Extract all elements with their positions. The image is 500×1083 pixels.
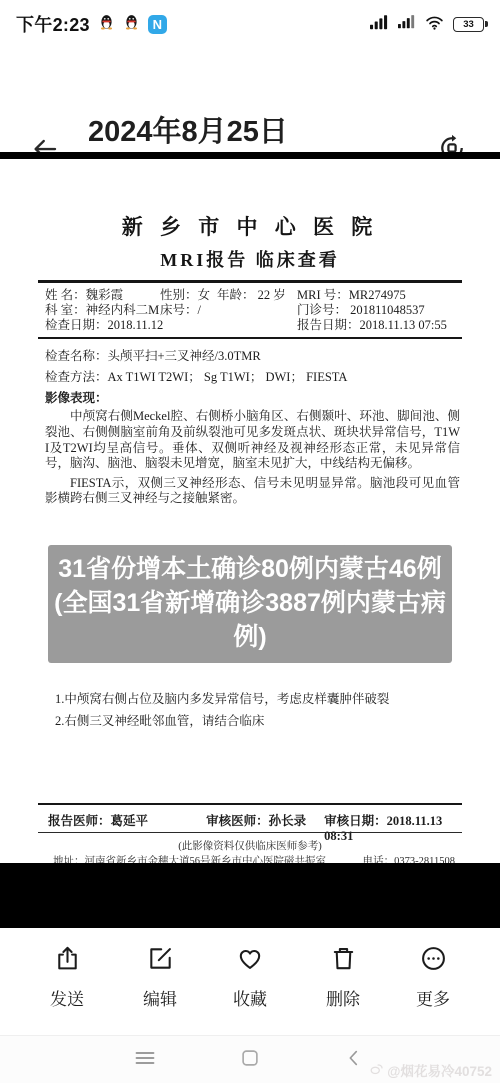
table-row: 科 室：神经内科二M 床号：/ 门诊号： 201811048537 xyxy=(0,303,500,318)
delete-button[interactable]: 删除 xyxy=(303,928,383,1035)
table-row: 姓 名：魏彩霞 性别：女 年龄： 22 岁 MRI 号：MR274975 xyxy=(0,288,500,303)
findings-paragraph-1: 中颅窝右侧Meckel腔、右侧桥小脑角区、右侧颞叶、环池、脚间池、侧裂池、右侧侧… xyxy=(0,409,500,471)
edit-label: 编辑 xyxy=(143,985,177,1010)
share-icon xyxy=(53,928,82,976)
report-date: 报告日期：2018.11.13 07:55 xyxy=(297,318,447,333)
conclusion-line-1: 1.中颅窝右侧占位及脑内多发异常信号，考虑皮样囊肿伴破裂 xyxy=(55,688,462,710)
exam-date: 检查日期：2018.11.12 xyxy=(45,318,297,333)
photo-black-border-bottom xyxy=(0,863,500,928)
mri-report-document: 新 乡 市 中 心 医 院 MRI报告 临床查看 姓 名：魏彩霞 性别：女 年龄… xyxy=(0,211,500,915)
edit-button[interactable]: 编辑 xyxy=(120,928,200,1035)
divider xyxy=(38,803,462,805)
outpatient-number: 门诊号： 201811048537 xyxy=(297,303,425,318)
favorite-button[interactable]: 收藏 xyxy=(210,928,290,1035)
delete-label: 删除 xyxy=(326,985,360,1010)
weibo-watermark: @烟花易冷40752 xyxy=(369,1060,492,1080)
edit-icon xyxy=(146,928,175,976)
heart-icon xyxy=(235,928,265,976)
weibo-icon xyxy=(369,1061,384,1079)
qq-penguin-icon xyxy=(98,13,115,35)
exam-name-line: 检查名称：头颅平扫+三叉神经/3.0TMR xyxy=(45,346,460,367)
hospital-name: 新 乡 市 中 心 医 院 xyxy=(0,211,500,241)
system-nav-bar: @烟花易冷40752 xyxy=(0,1035,500,1083)
more-label: 更多 xyxy=(416,985,450,1010)
patient-gender: 性别：女 xyxy=(160,288,217,303)
patient-info-table: 姓 名：魏彩霞 性别：女 年龄： 22 岁 MRI 号：MR274975 科 室… xyxy=(0,288,500,332)
qq-penguin-icon-2 xyxy=(123,13,140,35)
clock-text: 下午2:23 xyxy=(16,11,90,37)
findings-paragraph-2: FIESTA示，双侧三叉神经形态、信号未见明显异常。脑池段可见血管影横跨右侧三叉… xyxy=(0,476,500,507)
divider xyxy=(38,337,462,339)
action-toolbar: 发送 编辑 收藏 删除 更多 xyxy=(0,928,500,1035)
news-caption-overlay: 31省份增本土确诊80例内蒙古46例(全国31省新增确诊3887例内蒙古病例) xyxy=(48,545,452,663)
findings-label: 影像表现： xyxy=(45,388,460,409)
nav-menu-button[interactable] xyxy=(130,1045,160,1075)
battery-icon: 33 xyxy=(453,17,484,32)
trash-icon xyxy=(329,928,358,976)
cellular-signal-icon-2 xyxy=(397,13,416,35)
patient-name: 姓 名：魏彩霞 xyxy=(45,288,160,303)
notification-app-icon: N xyxy=(148,15,167,34)
photo-date-title: 2024年8月25日 xyxy=(88,116,288,148)
send-button[interactable]: 发送 xyxy=(27,928,107,1035)
chevron-left-icon xyxy=(343,1057,365,1072)
more-icon xyxy=(419,928,448,976)
more-button[interactable]: 更多 xyxy=(393,928,473,1035)
report-title: MRI报告 临床查看 xyxy=(0,246,500,272)
nav-back-button[interactable] xyxy=(339,1045,369,1075)
gallery-header: 2024年8月25日 9:58 | 微信 xyxy=(0,48,500,152)
photo-viewer[interactable]: 新 乡 市 中 心 医 院 MRI报告 临床查看 姓 名：魏彩霞 性别：女 年龄… xyxy=(0,152,500,928)
cellular-signal-icon xyxy=(369,13,389,36)
home-square-icon xyxy=(239,1057,261,1072)
divider xyxy=(38,280,462,283)
conclusion-section: 1.中颅窝右侧占位及脑内多发异常信号，考虑皮样囊肿伴破裂 2.右侧三叉神经毗邻血… xyxy=(55,688,462,732)
wifi-icon xyxy=(424,13,445,36)
disclaimer-text: (此影像资料仅供临床医师参考) xyxy=(0,838,500,853)
nav-home-button[interactable] xyxy=(235,1045,265,1075)
exam-method-line: 检查方法：Ax T1WI T2WI； Sg T1WI； DWI； FIESTA xyxy=(45,367,460,388)
patient-age: 年龄： 22 岁 xyxy=(217,288,297,303)
department: 科 室：神经内科二M xyxy=(45,303,160,318)
photo-black-border-top xyxy=(0,152,500,159)
favorite-label: 收藏 xyxy=(233,985,267,1010)
menu-icon xyxy=(133,1058,157,1073)
mri-number: MRI 号：MR274975 xyxy=(297,288,406,303)
phone-screen: 下午2:23 N 33 xyxy=(0,0,500,1083)
conclusion-line-2: 2.右侧三叉神经毗邻血管，请结合临床 xyxy=(55,710,462,732)
status-bar: 下午2:23 N 33 xyxy=(0,0,500,48)
send-label: 发送 xyxy=(50,985,84,1010)
watermark-text: @烟花易冷40752 xyxy=(387,1060,492,1080)
bed-number: 床号：/ xyxy=(160,303,297,318)
divider xyxy=(38,832,462,833)
table-row: 检查日期：2018.11.12 报告日期：2018.11.13 07:55 xyxy=(0,318,500,333)
battery-percent: 33 xyxy=(463,19,474,30)
